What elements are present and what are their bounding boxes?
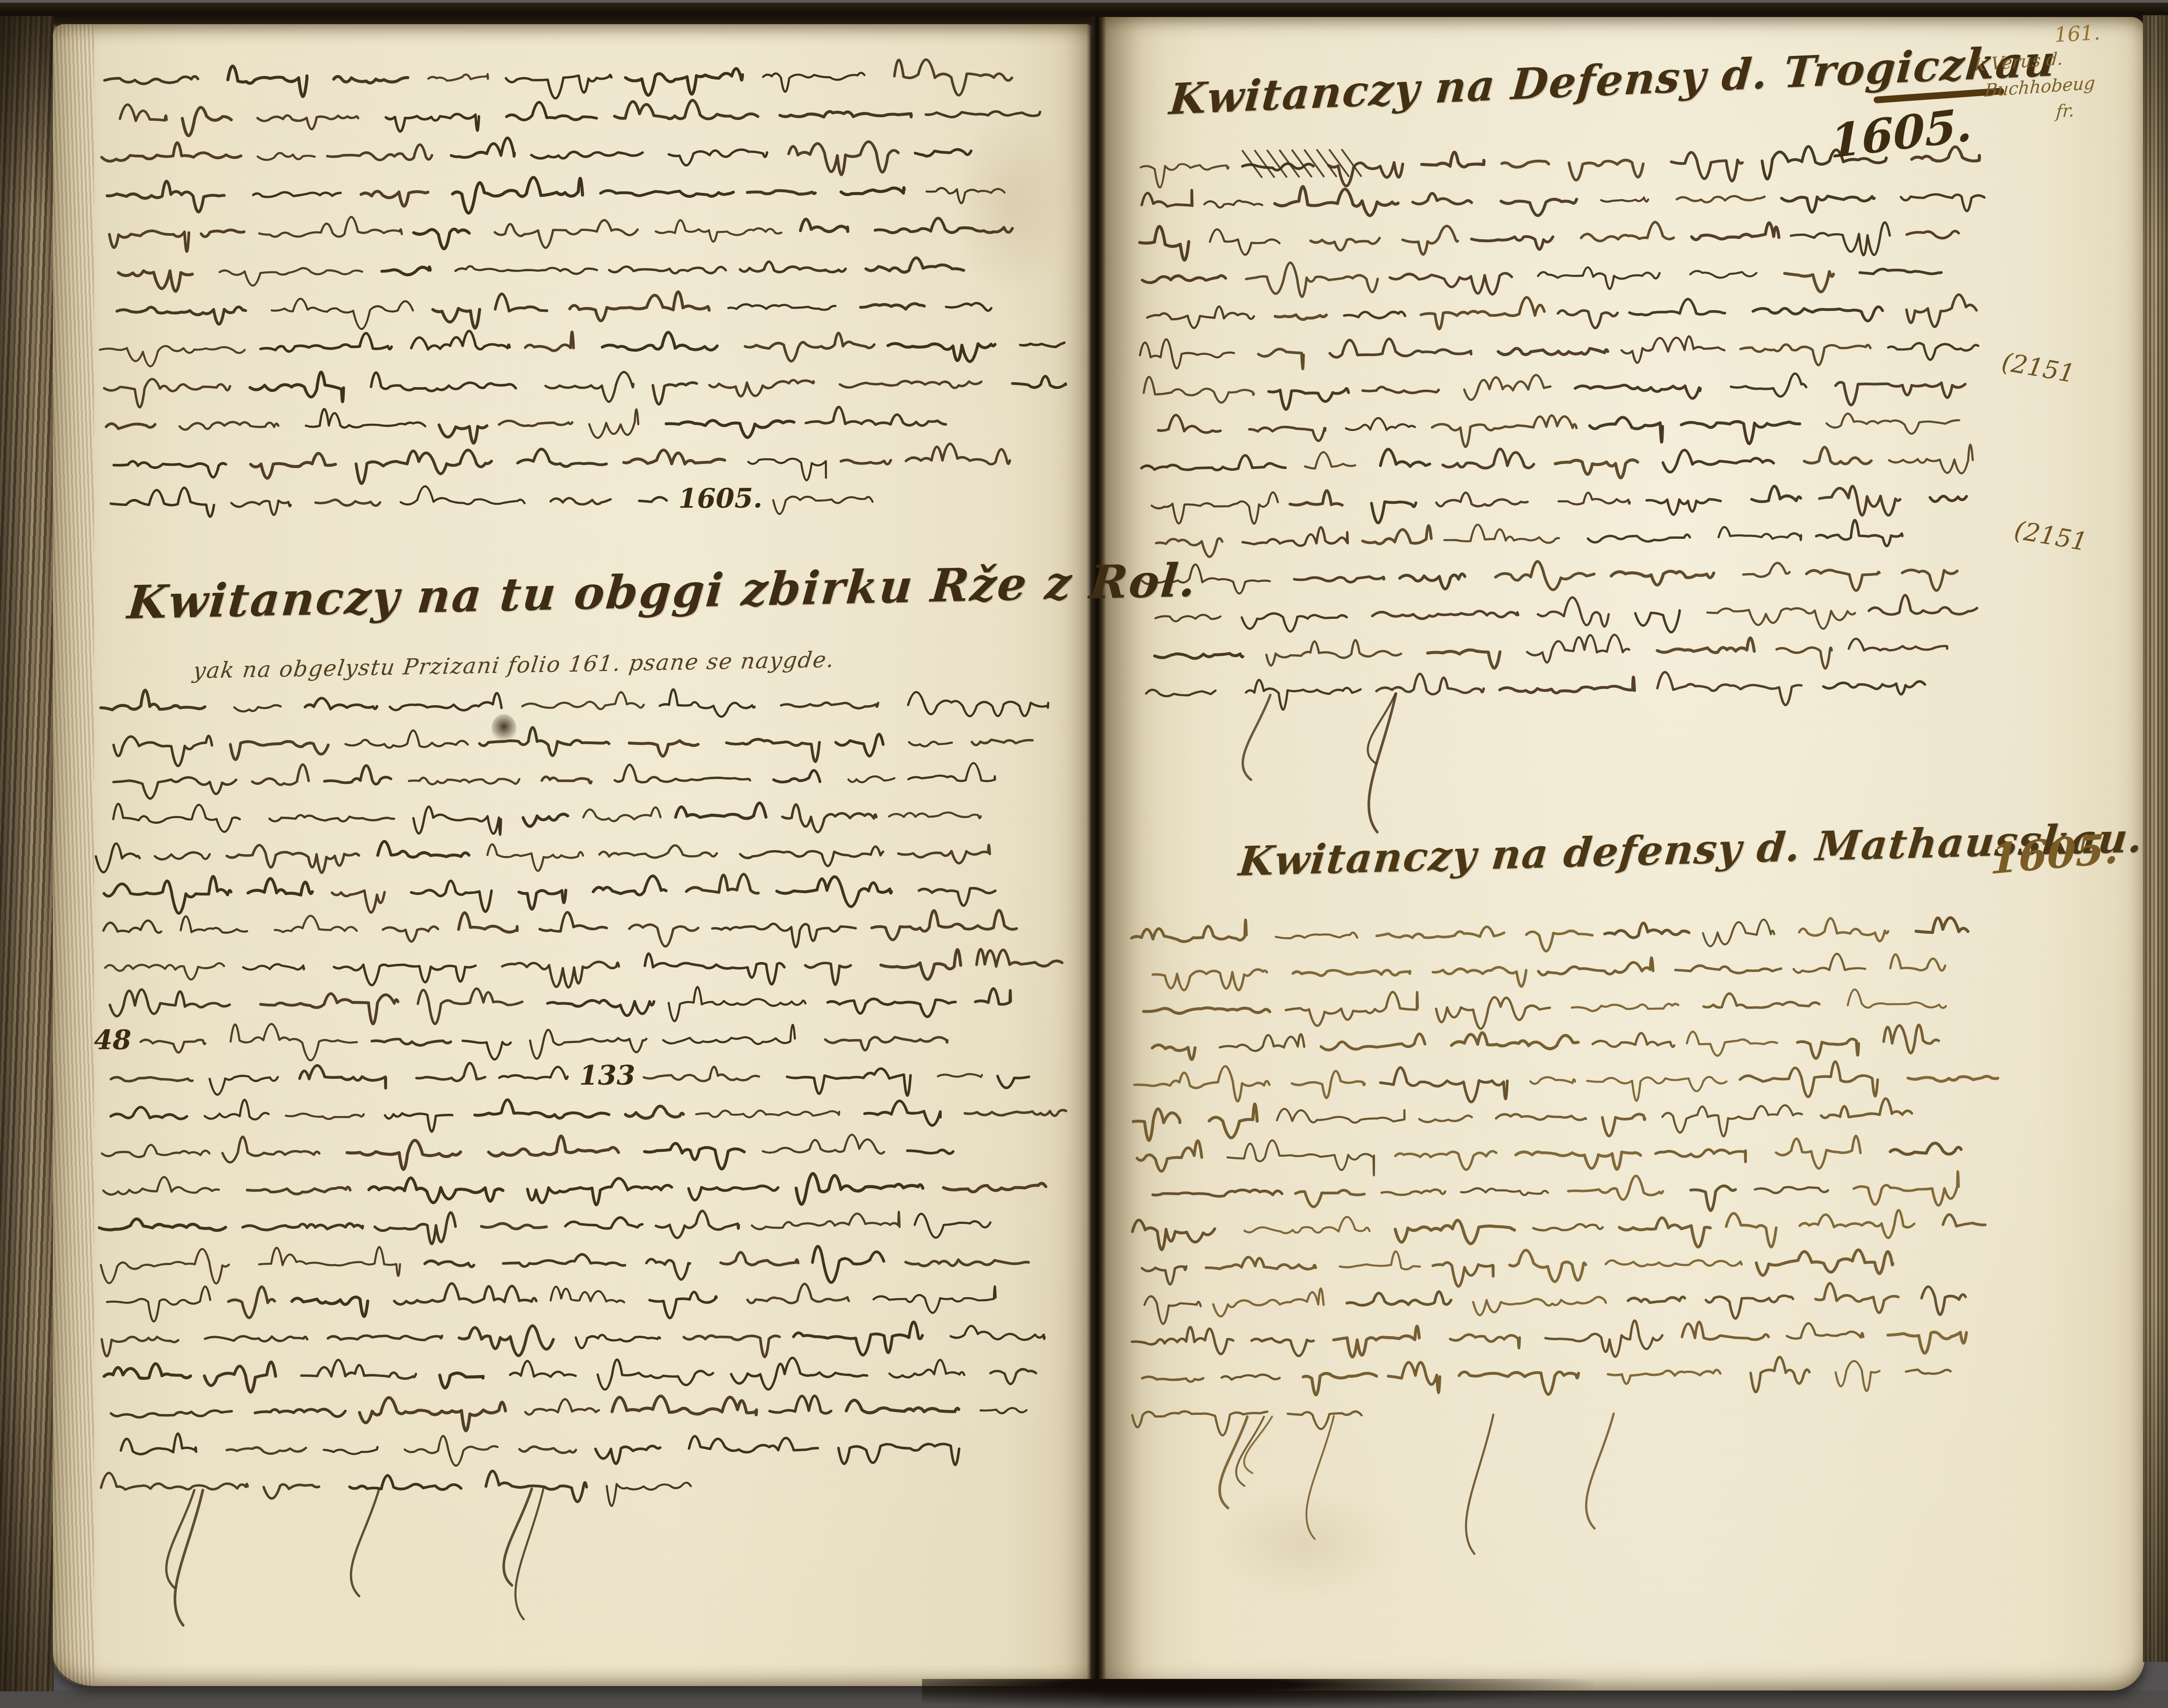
strikethrough-stroke xyxy=(1317,149,1337,177)
descender-flourish xyxy=(1585,1414,1615,1529)
legible-fragment: 133 xyxy=(579,1060,635,1091)
descender-flourish xyxy=(1465,1414,1494,1554)
right-paragraph-1 xyxy=(1128,138,2015,863)
left-paragraph-2: 48133 xyxy=(90,684,1069,1657)
descender-flourish xyxy=(1368,694,1398,832)
strikethrough-stroke xyxy=(1255,150,1275,178)
marginal-note-line-3: fr. xyxy=(2055,97,2094,126)
descender-flourish xyxy=(1306,1416,1335,1539)
descender-flourish xyxy=(350,1490,379,1596)
marginal-note: k Verus d. Buchhobeug fr. xyxy=(1970,44,2098,132)
descender-flourish xyxy=(1236,1417,1265,1486)
descender-flourish xyxy=(515,1489,544,1619)
descender-flourish xyxy=(1242,695,1271,780)
book-spread-photo: 1605.48133 Kwitanczy na tu obggi zbirku … xyxy=(0,0,2168,1708)
descender-flourish xyxy=(1367,694,1396,763)
legible-fragment: 48 xyxy=(94,1024,132,1056)
legible-fragment: 1605. xyxy=(678,483,762,515)
descender-flourish xyxy=(166,1490,195,1588)
descender-flourish xyxy=(175,1490,203,1625)
right-paragraph-2 xyxy=(1124,910,2003,1584)
folio-page-number: 161. xyxy=(2054,20,2101,47)
